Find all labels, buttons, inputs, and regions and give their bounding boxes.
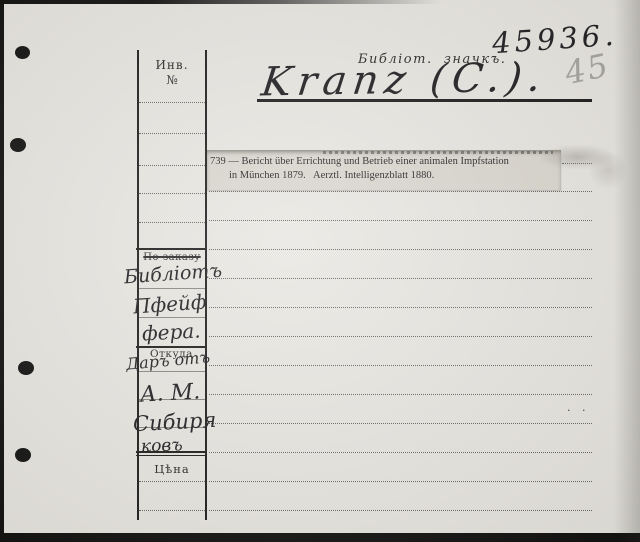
pasted-clipping: 739 — Bericht über Errichtung und Betrie… (207, 150, 561, 190)
heading-underline (257, 99, 592, 102)
clipping-line2: in München 1879. Aerztl. Intelligenzblat… (229, 170, 434, 181)
ruled-line-column (139, 510, 205, 511)
clipping-cutoff-line (323, 151, 553, 154)
ruled-line-main (209, 191, 592, 192)
scan-border-top (0, 0, 640, 4)
order-section-top-rule (136, 248, 207, 250)
ruled-line-main (209, 481, 592, 482)
source-handwritten-line2: А. М. (139, 379, 200, 407)
price-label: Цѣна (137, 462, 207, 476)
ruled-line-main (209, 220, 592, 221)
ruled-line-main (209, 249, 592, 250)
ruled-line-main (209, 394, 592, 395)
ink-dots-mark: . . (567, 401, 590, 414)
punch-hole (15, 448, 31, 462)
order-handwritten-line2: Пфейф (132, 289, 207, 318)
ruled-line-main (209, 510, 592, 511)
inventory-header-line2: № (137, 73, 207, 87)
ruled-line-main (209, 336, 592, 337)
clipping-line1: 739 — Bericht über Errichtung und Betrie… (210, 156, 509, 167)
column-right-border (205, 50, 207, 520)
scan-border-left (0, 0, 4, 542)
ruled-line-column (139, 193, 205, 194)
pencil-note: 45 (562, 46, 614, 92)
ruled-line-main (209, 278, 592, 279)
ruled-line-main (209, 423, 592, 424)
ruled-line-main (209, 365, 592, 366)
ruled-line-column (139, 165, 205, 166)
scan-border-bottom (0, 533, 640, 542)
punch-hole (10, 138, 26, 152)
catalog-card-scan: 45936. Библіот. значкъ. Kranz (C.). 45 7… (0, 0, 640, 542)
punch-hole (15, 46, 30, 59)
scan-edge-shading (614, 0, 640, 542)
ruled-line-column (139, 222, 205, 223)
ruled-line-column (139, 133, 205, 134)
author-heading-handwritten: Kranz (C.). (259, 55, 550, 106)
order-handwritten-line3: фера. (141, 318, 201, 345)
punch-hole (18, 361, 34, 375)
ruled-line-column-thin (139, 288, 205, 289)
ruled-line-main (209, 307, 592, 308)
ruled-line-column (139, 481, 205, 482)
inventory-header-line1: Инв. (137, 58, 207, 72)
source-handwritten-line4: ковъ (141, 435, 183, 456)
ruled-line-column (139, 102, 205, 103)
source-handwritten-line3: Сибиря (132, 408, 216, 436)
ruled-line-main (209, 452, 592, 453)
